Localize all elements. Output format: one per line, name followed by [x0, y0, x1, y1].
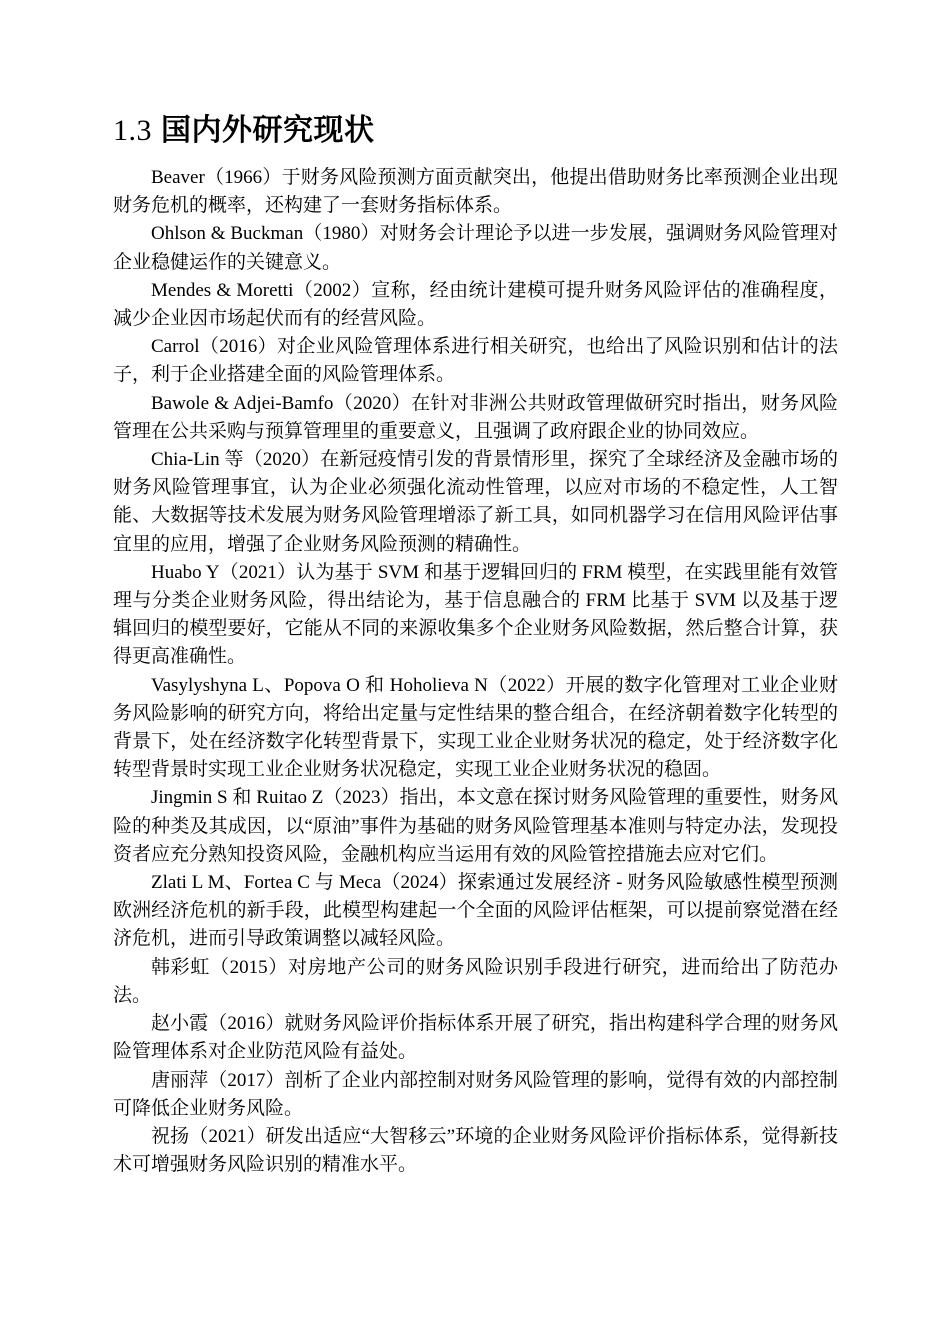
body-paragraph: Jingmin S 和 Ruitao Z（2023）指出，本文意在探讨财务风险管… — [113, 784, 838, 869]
body-paragraph: Ohlson & Buckman（1980）对财务会计理论予以进一步发展，强调财… — [113, 220, 838, 276]
document-page: 1.3国内外研究现状 Beaver（1966）于财务风险预测方面贡献突出，他提出… — [0, 0, 950, 1344]
body-paragraph: Chia-Lin 等（2020）在新冠疫情引发的背景情形里，探究了全球经济及金融… — [113, 446, 838, 559]
section-number: 1.3 — [113, 114, 152, 147]
section-title: 国内外研究现状 — [161, 114, 375, 147]
body-paragraph: Carrol（2016）对企业风险管理体系进行相关研究，也给出了风险识别和估计的… — [113, 333, 838, 389]
body-paragraph: 祝扬（2021）研发出适应“大智移云”环境的企业财务风险评价指标体系，觉得新技术… — [113, 1123, 838, 1179]
body-paragraph: Vasylyshyna L、Popova O 和 Hoholieva N（202… — [113, 672, 838, 785]
body-paragraph: Zlati L M、Fortea C 与 Meca（2024）探索通过发展经济 … — [113, 869, 838, 954]
body-paragraph: 唐丽萍（2017）剖析了企业内部控制对财务风险管理的影响，觉得有效的内部控制可降… — [113, 1067, 838, 1123]
body-paragraph: 赵小霞（2016）就财务风险评价指标体系开展了研究，指出构建科学合理的财务风险管… — [113, 1010, 838, 1066]
body-paragraph: Bawole & Adjei-Bamfo（2020）在针对非洲公共财政管理做研究… — [113, 390, 838, 446]
body-paragraph: Mendes & Moretti（2002）宣称，经由统计建模可提升财务风险评估… — [113, 277, 838, 333]
section-body: Beaver（1966）于财务风险预测方面贡献突出，他提出借助财务比率预测企业出… — [113, 164, 838, 1179]
body-paragraph: Beaver（1966）于财务风险预测方面贡献突出，他提出借助财务比率预测企业出… — [113, 164, 838, 220]
body-paragraph: 韩彩虹（2015）对房地产公司的财务风险识别手段进行研究，进而给出了防范办法。 — [113, 954, 838, 1010]
body-paragraph: Huabo Y（2021）认为基于 SVM 和基于逻辑回归的 FRM 模型，在实… — [113, 559, 838, 672]
section-heading: 1.3国内外研究现状 — [113, 112, 838, 150]
